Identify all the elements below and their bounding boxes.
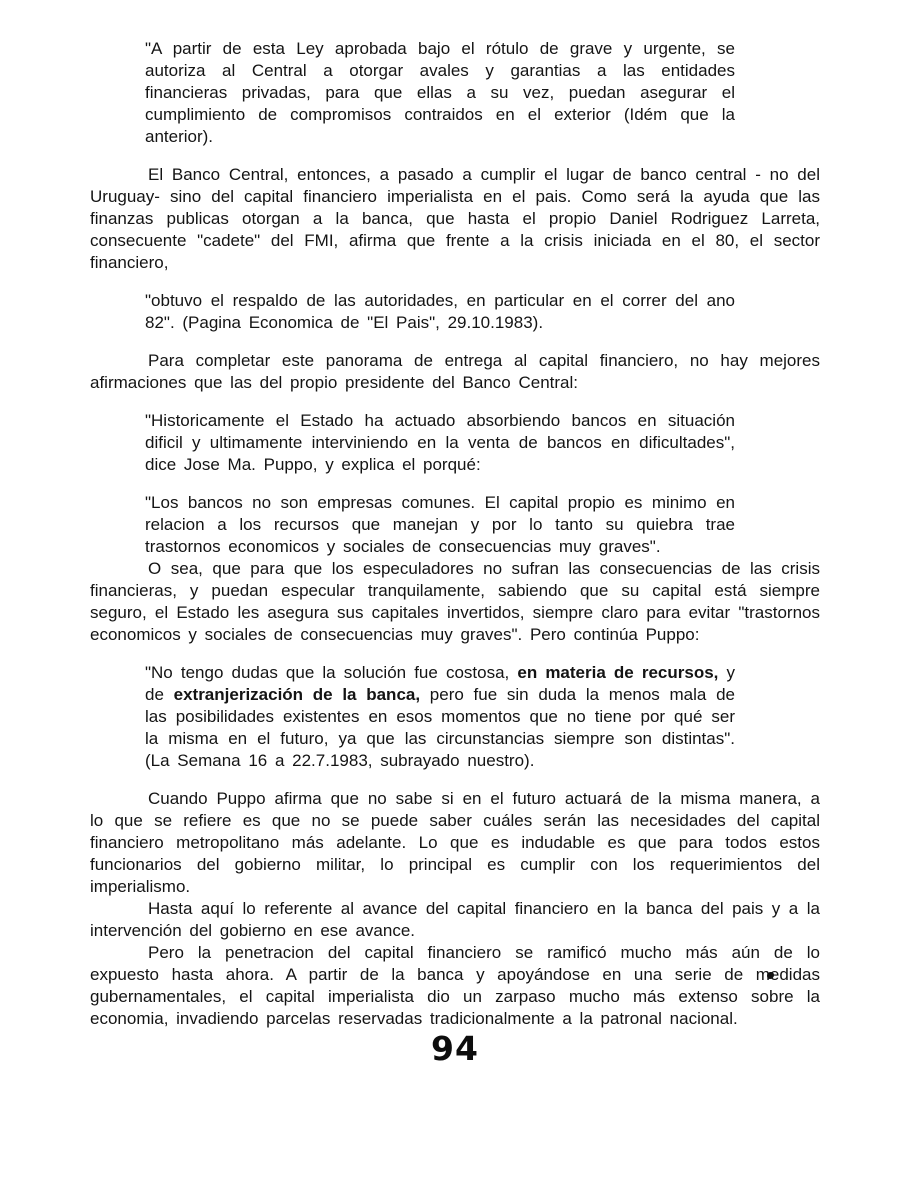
quote-respaldo-autoridades: "obtuvo el respaldo de las autoridades, …	[145, 290, 735, 334]
paragraph-pero-penetracion: Pero la penetracion del capital financie…	[90, 942, 820, 1030]
paragraph-hasta-aqui: Hasta aquí lo referente al avance del ca…	[90, 898, 820, 942]
bold-phrase-extranjerizacion: extranjerización de la banca,	[174, 685, 420, 704]
quote-historicamente-estado: "Historicamente el Estado ha actuado abs…	[145, 410, 735, 476]
quote-text-pre: "No tengo dudas que la solución fue cost…	[145, 663, 517, 682]
paragraph-cuando-puppo: Cuando Puppo afirma que no sabe si en el…	[90, 788, 820, 898]
quote-los-bancos: "Los bancos no son empresas comunes. El …	[145, 492, 735, 558]
quote-no-tengo-dudas: "No tengo dudas que la solución fue cost…	[145, 662, 735, 772]
paragraph-banco-central: El Banco Central, entonces, a pasado a c…	[90, 164, 820, 274]
paragraph-para-completar: Para completar este panorama de entrega …	[90, 350, 820, 394]
paragraph-o-sea: O sea, que para que los especuladores no…	[90, 558, 820, 646]
quote-ley-avales: "A partir de esta Ley aprobada bajo el r…	[145, 38, 735, 148]
bold-phrase-materia-recursos: en materia de recursos,	[517, 663, 718, 682]
page-number: 94	[90, 1038, 820, 1060]
document-page: "A partir de esta Ley aprobada bajo el r…	[0, 0, 900, 1199]
